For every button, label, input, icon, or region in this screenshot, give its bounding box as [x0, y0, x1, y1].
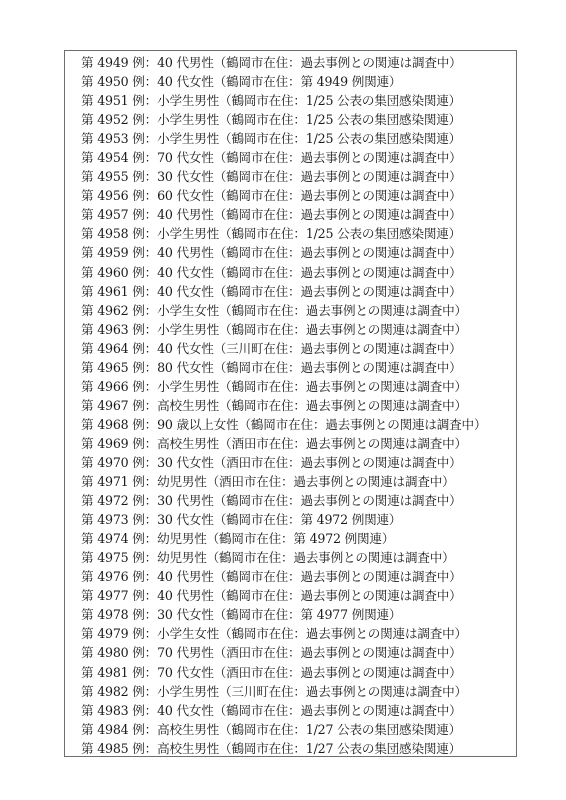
separator: ：	[145, 303, 157, 318]
case-detail: （鶴岡市在住：1/27 公表の集団感染関連）	[219, 722, 461, 737]
case-row: 第 4982 例：小学生男性（三川町在住：過去事例との関連は調査中）	[65, 682, 516, 701]
case-detail: （鶴岡市在住：過去事例との関連は調査中）	[214, 703, 462, 718]
case-detail: （鶴岡市在住：過去事例との関連は調査中）	[214, 569, 462, 584]
separator: ：	[145, 665, 157, 680]
case-attribute: 小学生男性	[157, 226, 219, 241]
separator: ：	[145, 569, 157, 584]
case-number: 第 4956 例	[81, 188, 145, 203]
case-detail: （鶴岡市在住：過去事例との関連は調査中）	[214, 284, 462, 299]
separator: ：	[145, 245, 157, 260]
case-number: 第 4978 例	[81, 607, 145, 622]
case-number: 第 4950 例	[81, 74, 145, 89]
case-detail: （酒田市在住：過去事例との関連は調査中）	[207, 474, 455, 489]
case-number: 第 4968 例	[81, 417, 145, 432]
case-detail: （鶴岡市在住：過去事例との関連は調査中）	[207, 550, 455, 565]
separator: ：	[145, 607, 157, 622]
case-number: 第 4980 例	[81, 645, 145, 660]
case-detail: （鶴岡市在住：過去事例との関連は調査中）	[214, 207, 462, 222]
separator: ：	[145, 493, 157, 508]
case-number: 第 4969 例	[81, 436, 145, 451]
case-row: 第 4958 例：小学生男性（鶴岡市在住：1/25 公表の集団感染関連）	[65, 224, 516, 243]
separator: ：	[145, 112, 157, 127]
separator: ：	[145, 626, 157, 641]
separator: ：	[145, 284, 157, 299]
case-row: 第 4960 例：40 代女性（鶴岡市在住：過去事例との関連は調査中）	[65, 263, 516, 282]
separator: ：	[145, 741, 157, 756]
case-detail: （鶴岡市在住：1/25 公表の集団感染関連）	[219, 131, 461, 146]
case-number: 第 4982 例	[81, 684, 145, 699]
case-detail: （鶴岡市在住：過去事例との関連は調査中）	[214, 493, 462, 508]
case-row: 第 4971 例：幼児男性（酒田市在住：過去事例との関連は調査中）	[65, 472, 516, 491]
case-detail: （鶴岡市在住：第 4972 例関連）	[207, 531, 395, 546]
separator: ：	[145, 74, 157, 89]
case-attribute: 幼児男性	[157, 550, 207, 565]
case-attribute: 40 代男性	[157, 588, 214, 603]
case-attribute: 小学生男性	[157, 322, 219, 337]
separator: ：	[145, 360, 157, 375]
separator: ：	[145, 703, 157, 718]
case-number: 第 4979 例	[81, 626, 145, 641]
case-row: 第 4975 例：幼児男性（鶴岡市在住：過去事例との関連は調査中）	[65, 548, 516, 567]
case-number: 第 4963 例	[81, 322, 145, 337]
case-number: 第 4964 例	[81, 341, 145, 356]
case-row: 第 4985 例：高校生男性（鶴岡市在住：1/27 公表の集団感染関連）	[65, 739, 516, 758]
case-row: 第 4984 例：高校生男性（鶴岡市在住：1/27 公表の集団感染関連）	[65, 720, 516, 739]
case-attribute: 高校生男性	[157, 722, 219, 737]
case-detail: （鶴岡市在住：過去事例との関連は調査中）	[219, 379, 467, 394]
case-attribute: 高校生男性	[157, 436, 219, 451]
case-attribute: 小学生女性	[157, 303, 219, 318]
case-detail: （鶴岡市在住：過去事例との関連は調査中）	[214, 245, 462, 260]
separator: ：	[145, 150, 157, 165]
case-detail: （鶴岡市在住：1/25 公表の集団感染関連）	[219, 93, 461, 108]
case-number: 第 4983 例	[81, 703, 145, 718]
separator: ：	[145, 455, 157, 470]
case-attribute: 30 代女性	[157, 607, 214, 622]
case-row: 第 4976 例：40 代男性（鶴岡市在住：過去事例との関連は調査中）	[65, 567, 516, 586]
case-attribute: 40 代男性	[157, 245, 214, 260]
separator: ：	[145, 417, 157, 432]
case-detail: （鶴岡市在住：過去事例との関連は調査中）	[238, 417, 486, 432]
case-row: 第 4969 例：高校生男性（酒田市在住：過去事例との関連は調査中）	[65, 434, 516, 453]
case-attribute: 30 代女性	[157, 455, 214, 470]
separator: ：	[145, 379, 157, 394]
case-number: 第 4949 例	[81, 55, 145, 70]
case-detail: （酒田市在住：過去事例との関連は調査中）	[214, 665, 462, 680]
case-number: 第 4960 例	[81, 265, 145, 280]
case-attribute: 幼児男性	[157, 474, 207, 489]
case-attribute: 30 代女性	[157, 169, 214, 184]
case-number: 第 4959 例	[81, 245, 145, 260]
case-row: 第 4957 例：40 代男性（鶴岡市在住：過去事例との関連は調査中）	[65, 205, 516, 224]
separator: ：	[145, 169, 157, 184]
case-number: 第 4961 例	[81, 284, 145, 299]
separator: ：	[145, 398, 157, 413]
case-attribute: 60 代女性	[157, 188, 214, 203]
case-detail: （三川町在住：過去事例との関連は調査中）	[219, 684, 467, 699]
case-attribute: 小学生男性	[157, 684, 219, 699]
case-attribute: 40 代男性	[157, 55, 214, 70]
case-row: 第 4953 例：小学生男性（鶴岡市在住：1/25 公表の集団感染関連）	[65, 129, 516, 148]
case-attribute: 幼児男性	[157, 531, 207, 546]
case-row: 第 4967 例：高校生男性（鶴岡市在住：過去事例との関連は調査中）	[65, 396, 516, 415]
case-row: 第 4956 例：60 代女性（鶴岡市在住：過去事例との関連は調査中）	[65, 186, 516, 205]
case-detail: （鶴岡市在住：1/25 公表の集団感染関連）	[219, 226, 461, 241]
case-row: 第 4955 例：30 代女性（鶴岡市在住：過去事例との関連は調査中）	[65, 167, 516, 186]
case-attribute: 70 代男性	[157, 645, 214, 660]
case-number: 第 4954 例	[81, 150, 145, 165]
case-number: 第 4953 例	[81, 131, 145, 146]
separator: ：	[145, 131, 157, 146]
case-row: 第 4965 例：80 代女性（鶴岡市在住：過去事例との関連は調査中）	[65, 358, 516, 377]
separator: ：	[145, 226, 157, 241]
case-number: 第 4984 例	[81, 722, 145, 737]
case-attribute: 90 歳以上女性	[157, 417, 238, 432]
case-number: 第 4957 例	[81, 207, 145, 222]
case-row: 第 4972 例：30 代男性（鶴岡市在住：過去事例との関連は調査中）	[65, 491, 516, 510]
case-row: 第 4978 例：30 代女性（鶴岡市在住：第 4977 例関連）	[65, 605, 516, 624]
case-row: 第 4974 例：幼児男性（鶴岡市在住：第 4972 例関連）	[65, 529, 516, 548]
separator: ：	[145, 474, 157, 489]
case-number: 第 4958 例	[81, 226, 145, 241]
case-attribute: 40 代男性	[157, 207, 214, 222]
case-detail: （鶴岡市在住：過去事例との関連は調査中）	[219, 626, 467, 641]
case-detail: （鶴岡市在住：第 4949 例関連）	[214, 74, 402, 89]
case-attribute: 高校生男性	[157, 741, 219, 756]
case-row: 第 4977 例：40 代男性（鶴岡市在住：過去事例との関連は調査中）	[65, 586, 516, 605]
case-number: 第 4970 例	[81, 455, 145, 470]
case-attribute: 40 代女性	[157, 341, 214, 356]
case-attribute: 40 代男性	[157, 569, 214, 584]
case-row: 第 4961 例：40 代女性（鶴岡市在住：過去事例との関連は調査中）	[65, 282, 516, 301]
case-attribute: 40 代女性	[157, 265, 214, 280]
case-detail: （鶴岡市在住：過去事例との関連は調査中）	[214, 265, 462, 280]
case-detail: （鶴岡市在住：過去事例との関連は調査中）	[214, 588, 462, 603]
case-row: 第 4968 例：90 歳以上女性（鶴岡市在住：過去事例との関連は調査中）	[65, 415, 516, 434]
case-detail: （鶴岡市在住：過去事例との関連は調査中）	[214, 150, 462, 165]
case-row: 第 4962 例：小学生女性（鶴岡市在住：過去事例との関連は調査中）	[65, 301, 516, 320]
separator: ：	[145, 684, 157, 699]
separator: ：	[145, 265, 157, 280]
case-detail: （酒田市在住：過去事例との関連は調査中）	[219, 436, 467, 451]
case-attribute: 高校生男性	[157, 398, 219, 413]
case-row: 第 4963 例：小学生男性（鶴岡市在住：過去事例との関連は調査中）	[65, 320, 516, 339]
case-attribute: 70 代女性	[157, 665, 214, 680]
case-detail: （酒田市在住：過去事例との関連は調査中）	[214, 455, 462, 470]
case-detail: （鶴岡市在住：第 4977 例関連）	[214, 607, 402, 622]
case-row: 第 4966 例：小学生男性（鶴岡市在住：過去事例との関連は調査中）	[65, 377, 516, 396]
case-row: 第 4980 例：70 代男性（酒田市在住：過去事例との関連は調査中）	[65, 643, 516, 662]
case-attribute: 小学生男性	[157, 112, 219, 127]
separator: ：	[145, 512, 157, 527]
case-number: 第 4967 例	[81, 398, 145, 413]
case-number: 第 4966 例	[81, 379, 145, 394]
case-attribute: 小学生女性	[157, 626, 219, 641]
case-number: 第 4973 例	[81, 512, 145, 527]
separator: ：	[145, 207, 157, 222]
separator: ：	[145, 55, 157, 70]
case-detail: （鶴岡市在住：過去事例との関連は調査中）	[214, 360, 462, 375]
case-detail: （鶴岡市在住：過去事例との関連は調査中）	[214, 188, 462, 203]
case-row: 第 4954 例：70 代女性（鶴岡市在住：過去事例との関連は調査中）	[65, 148, 516, 167]
case-attribute: 80 代女性	[157, 360, 214, 375]
case-number: 第 4972 例	[81, 493, 145, 508]
case-number: 第 4974 例	[81, 531, 145, 546]
case-row: 第 4973 例：30 代女性（鶴岡市在住：第 4972 例関連）	[65, 510, 516, 529]
separator: ：	[145, 550, 157, 565]
case-detail: （鶴岡市在住：1/25 公表の集団感染関連）	[219, 112, 461, 127]
case-row: 第 4981 例：70 代女性（酒田市在住：過去事例との関連は調査中）	[65, 663, 516, 682]
case-attribute: 40 代女性	[157, 74, 214, 89]
case-attribute: 小学生男性	[157, 93, 219, 108]
case-attribute: 40 代女性	[157, 703, 214, 718]
case-number: 第 4975 例	[81, 550, 145, 565]
case-row: 第 4950 例：40 代女性（鶴岡市在住：第 4949 例関連）	[65, 72, 516, 91]
case-attribute: 40 代女性	[157, 284, 214, 299]
case-detail: （鶴岡市在住：過去事例との関連は調査中）	[219, 322, 467, 337]
case-number: 第 4965 例	[81, 360, 145, 375]
case-row: 第 4949 例：40 代男性（鶴岡市在住：過去事例との関連は調査中）	[65, 53, 516, 72]
case-row: 第 4951 例：小学生男性（鶴岡市在住：1/25 公表の集団感染関連）	[65, 91, 516, 110]
case-number: 第 4985 例	[81, 741, 145, 756]
case-detail: （三川町在住：過去事例との関連は調査中）	[214, 341, 462, 356]
case-number: 第 4971 例	[81, 474, 145, 489]
case-row: 第 4964 例：40 代女性（三川町在住：過去事例との関連は調査中）	[65, 339, 516, 358]
case-row: 第 4979 例：小学生女性（鶴岡市在住：過去事例との関連は調査中）	[65, 624, 516, 643]
separator: ：	[145, 188, 157, 203]
case-detail: （鶴岡市在住：過去事例との関連は調査中）	[214, 55, 462, 70]
case-attribute: 小学生男性	[157, 131, 219, 146]
case-number: 第 4981 例	[81, 665, 145, 680]
case-row: 第 4970 例：30 代女性（酒田市在住：過去事例との関連は調査中）	[65, 453, 516, 472]
case-row: 第 4983 例：40 代女性（鶴岡市在住：過去事例との関連は調査中）	[65, 701, 516, 720]
case-attribute: 70 代女性	[157, 150, 214, 165]
case-number: 第 4951 例	[81, 93, 145, 108]
case-detail: （鶴岡市在住：1/27 公表の集団感染関連）	[219, 741, 461, 756]
separator: ：	[145, 341, 157, 356]
case-attribute: 30 代女性	[157, 512, 214, 527]
separator: ：	[145, 531, 157, 546]
case-detail: （鶴岡市在住：過去事例との関連は調査中）	[214, 169, 462, 184]
case-attribute: 30 代男性	[157, 493, 214, 508]
case-number: 第 4962 例	[81, 303, 145, 318]
separator: ：	[145, 322, 157, 337]
separator: ：	[145, 588, 157, 603]
case-number: 第 4955 例	[81, 169, 145, 184]
case-number: 第 4977 例	[81, 588, 145, 603]
case-attribute: 小学生男性	[157, 379, 219, 394]
case-detail: （鶴岡市在住：第 4972 例関連）	[214, 512, 402, 527]
separator: ：	[145, 436, 157, 451]
case-number: 第 4952 例	[81, 112, 145, 127]
case-detail: （鶴岡市在住：過去事例との関連は調査中）	[219, 398, 467, 413]
separator: ：	[145, 645, 157, 660]
case-detail: （酒田市在住：過去事例との関連は調査中）	[214, 645, 462, 660]
case-row: 第 4952 例：小学生男性（鶴岡市在住：1/25 公表の集団感染関連）	[65, 110, 516, 129]
case-number: 第 4976 例	[81, 569, 145, 584]
separator: ：	[145, 722, 157, 737]
case-row: 第 4959 例：40 代男性（鶴岡市在住：過去事例との関連は調査中）	[65, 243, 516, 262]
case-list-box: 第 4949 例：40 代男性（鶴岡市在住：過去事例との関連は調査中） 第 49…	[64, 50, 517, 757]
separator: ：	[145, 93, 157, 108]
case-detail: （鶴岡市在住：過去事例との関連は調査中）	[219, 303, 467, 318]
